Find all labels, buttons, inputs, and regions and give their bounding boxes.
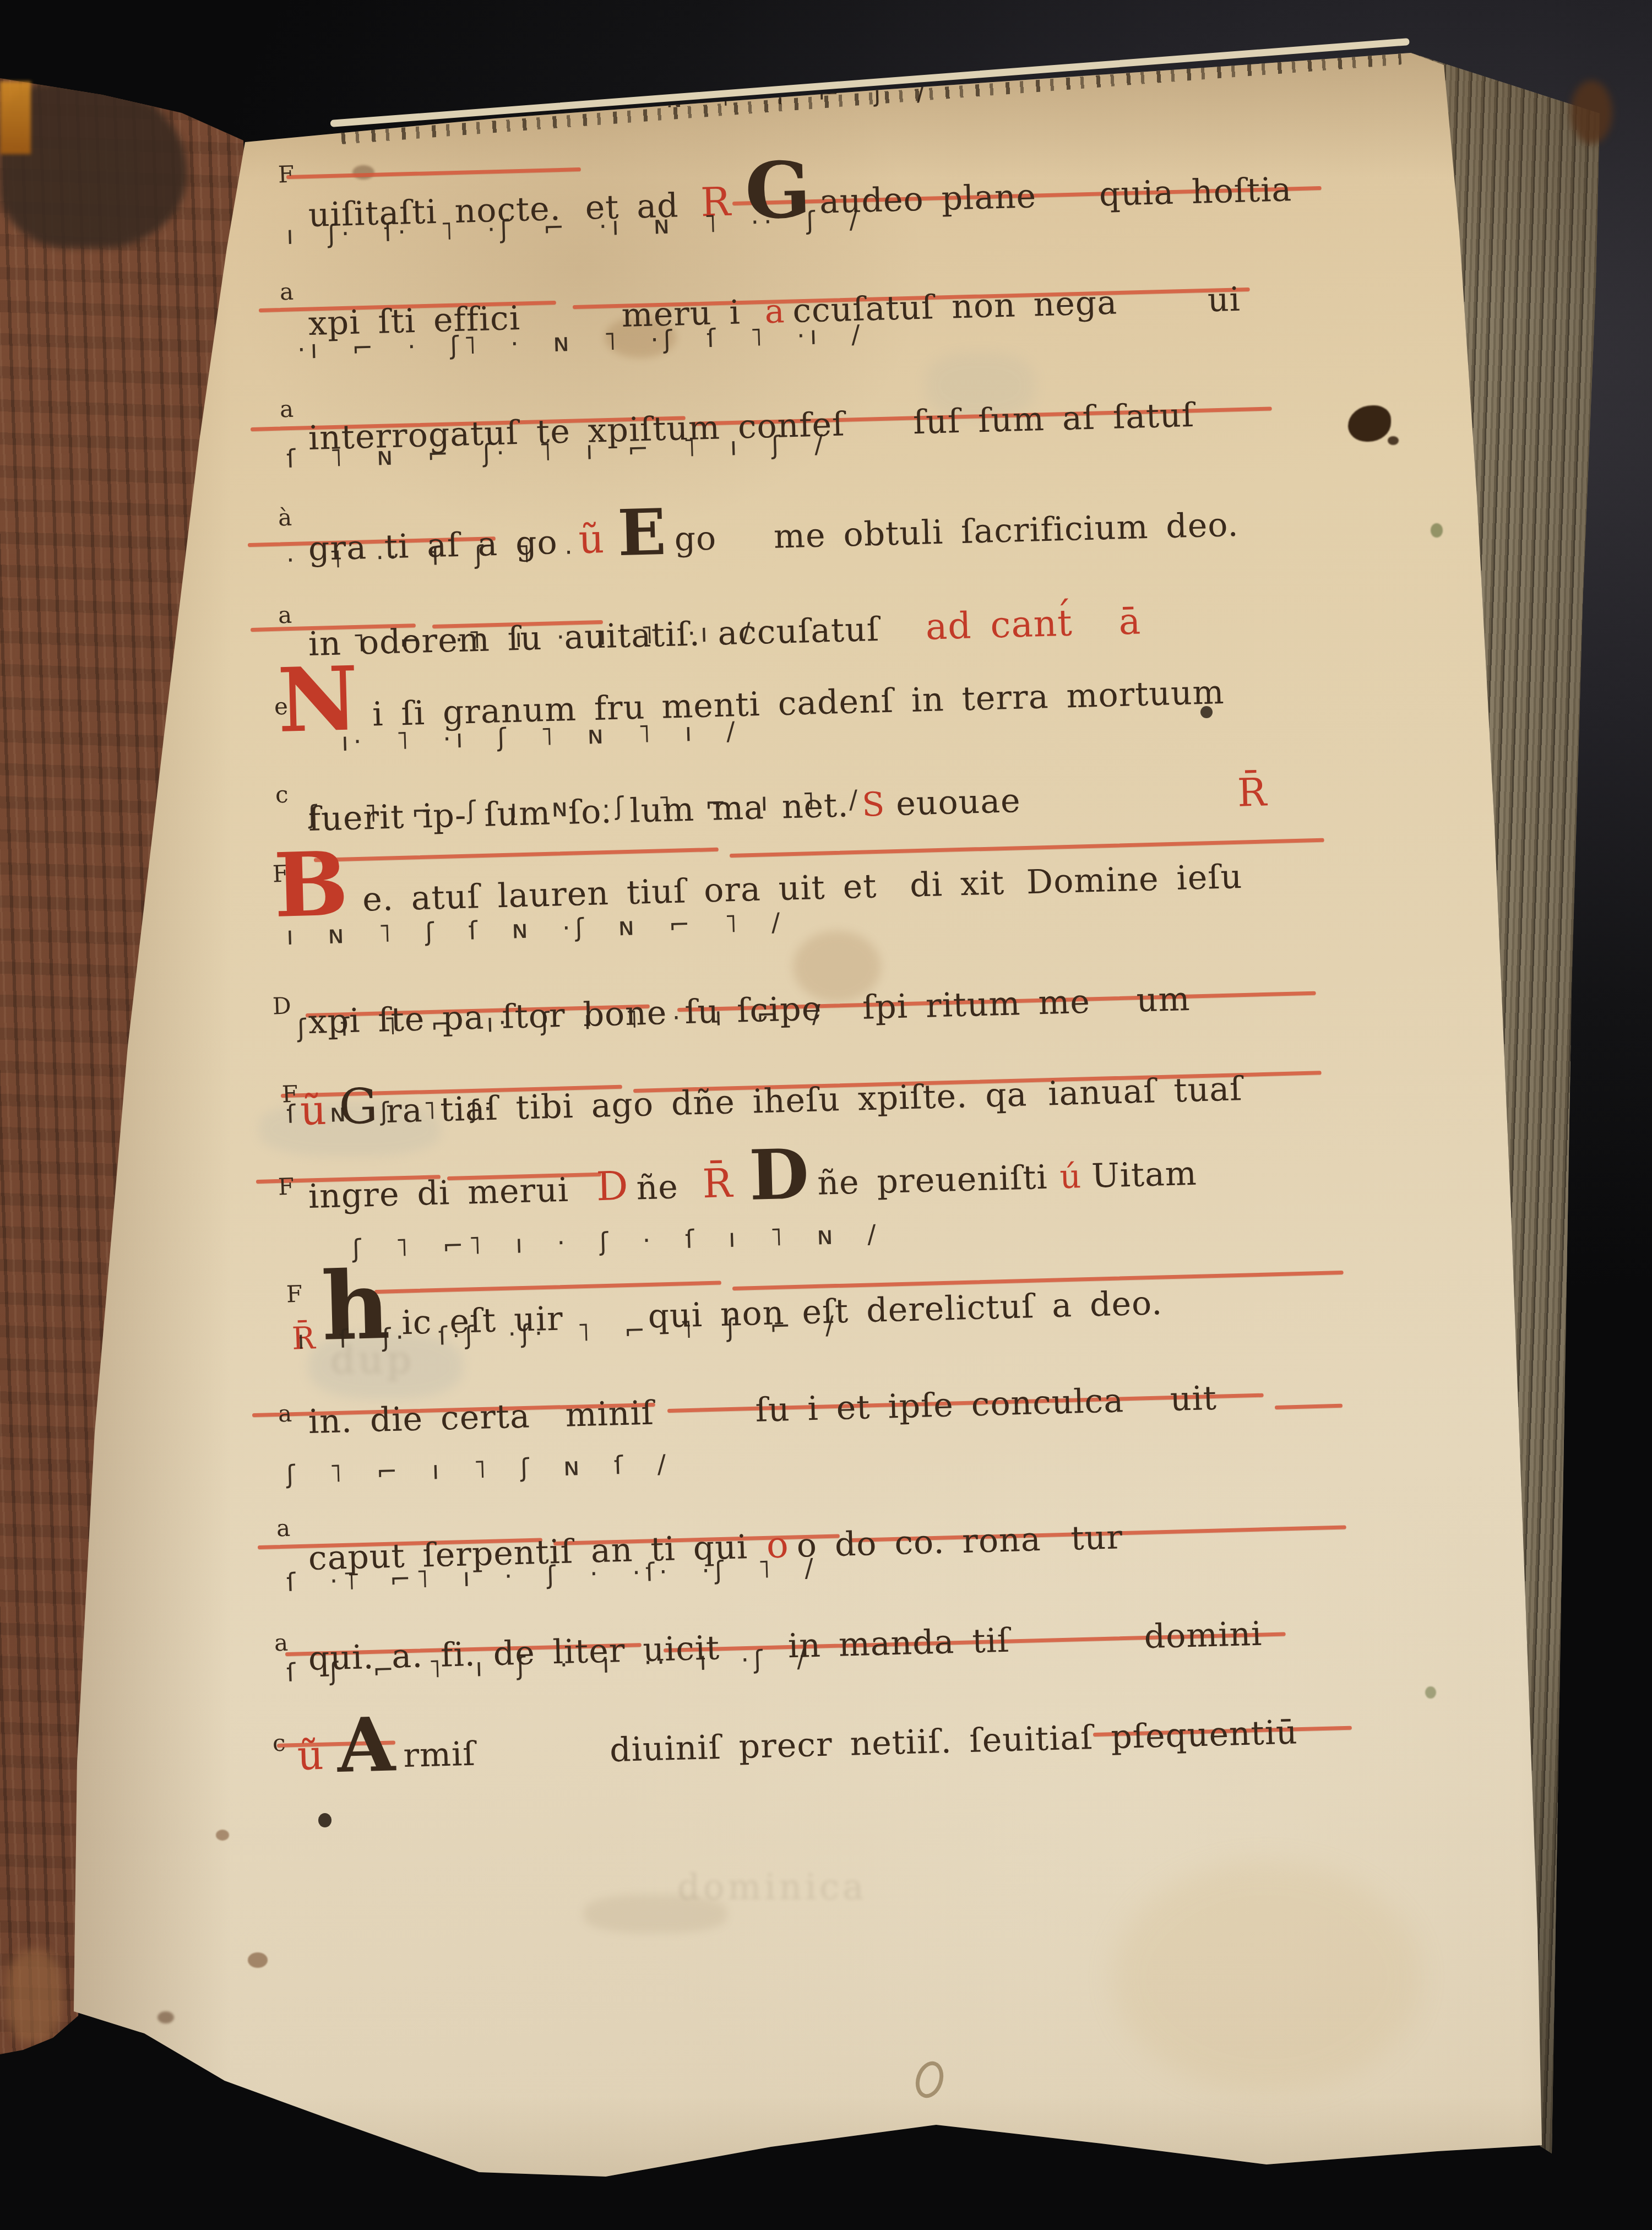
- word-segment: euouae: [895, 779, 1021, 826]
- word-segment: menti cadenſ in terra mortuum: [661, 670, 1225, 729]
- neume-row: ſ ɴ ʃ ˥ ʃ·: [286, 1093, 497, 1129]
- word-segment: caput ſerpentiſ an ti qui: [308, 1525, 748, 1581]
- neume-row: ʃ ſ ˥ ⌐ ı· ʃ ı ˥ · ı ⌐ ∕: [297, 999, 826, 1043]
- margin-letter: R̄: [291, 1320, 316, 1357]
- word-segment: rmiſ: [403, 1732, 476, 1778]
- margin-letter: a: [274, 1629, 289, 1657]
- word-segment: quia hoſtia: [1099, 167, 1292, 216]
- chant-line-13: ı ſ ʃ· ſ·ʃ ·ʃ· ˥ ⌐ ˥ ʃ ⌐ ∕ain. die certa…: [0, 0, 1652, 2230]
- word-segment: E: [618, 533, 667, 534]
- margin-letter: e: [274, 693, 289, 720]
- staff-line: [633, 1071, 1322, 1093]
- stain: [605, 317, 676, 358]
- word-segment: D: [596, 1164, 629, 1209]
- staff-line: [732, 186, 1322, 205]
- word-segment: R̄: [702, 1161, 733, 1206]
- word-segment: um: [1136, 977, 1191, 1023]
- staff-line: [447, 1173, 601, 1180]
- staff-line: [553, 1534, 840, 1545]
- neume-row: · ˥ ·· ſ ʃ ˥ ·: [286, 537, 578, 575]
- word-segment: B: [274, 883, 349, 886]
- stain: [216, 1830, 229, 1841]
- staff-line: [277, 1740, 395, 1748]
- staff-line: [432, 620, 603, 628]
- staff-line: [251, 623, 416, 632]
- word-segment: A: [337, 1744, 395, 1746]
- stain: [1348, 405, 1391, 442]
- word-segment: o do co. rona: [796, 1517, 1042, 1568]
- word-segment: in odorem ſu: [308, 616, 543, 666]
- margin-letter: a: [279, 395, 294, 423]
- chant-line-7: ı· ˥ ·ı ʃ ˥ ɴ ˥ ı ∕cfuerit ip- ſum ſo. l…: [0, 0, 1652, 2230]
- chant-line-14: ʃ ˥ ⌐ ı ˥ ʃ ɴ ſ ∕acaput ſerpentiſ an ti …: [0, 0, 1652, 2230]
- chant-line-2: ı ʃ· ſ· ˥ ·ʃ ⌐ ·ı ɴ ˥ ·· ʃ ∕axpi ſti eff…: [0, 0, 1652, 2230]
- text-row: hic eſt uirqui non eſt derelictuſ a deo.: [322, 1281, 1171, 1347]
- text-row: Ni ſi granum frumenti cadenſ in terra mo…: [278, 670, 1232, 739]
- staff-line: [281, 1085, 622, 1098]
- stain: [584, 1895, 727, 1933]
- word-segment: ad cant́: [925, 601, 1073, 649]
- staff-line: [248, 536, 496, 547]
- word-segment: me obtuli ſacrificium deo.: [773, 503, 1239, 559]
- text-row: ũGra tiaſ tibi ago dñe iheſu xpiſte. qai…: [300, 1061, 1251, 1136]
- word-segment: ſu i et ipſe conculca: [755, 1379, 1124, 1432]
- word-segment: domini: [1144, 1612, 1263, 1659]
- word-segment: xpi ſti effici: [308, 296, 521, 346]
- staff-line: [256, 1175, 441, 1184]
- word-segment: uit: [1170, 1376, 1218, 1421]
- word-segment: ũ: [578, 517, 605, 561]
- chant-line-12: ʃ ˥ ⌐˥ ı · ʃ · ſ ı ˥ ɴ ∕FR̄hic eſt uirqu…: [0, 0, 1652, 2230]
- stain: [1112, 1862, 1421, 2093]
- word-segment: ſuſ ſum aſ ſatuſ: [912, 393, 1195, 444]
- chant-line-10: ʃ ſ ˥ ⌐ ı· ʃ ı ˥ · ı ⌐ ∕FũGra tiaſ tibi …: [0, 0, 1652, 2230]
- word-segment: ā: [1118, 599, 1142, 644]
- word-segment: gra ti aſ a go: [308, 520, 558, 571]
- word-segment: ũ: [297, 1733, 325, 1778]
- chant-line-3: ·ı ⌐ · ʃ˥ · ɴ ˥ ·ʃ ſ ˥ ·ı ∕ainterrogatuſ…: [0, 0, 1652, 2230]
- word-segment: interrogatuſ te xpiſtum confeſ: [308, 403, 845, 460]
- stain: [1388, 436, 1399, 445]
- stain: [259, 1102, 441, 1157]
- word-segment: miniſ: [565, 1391, 655, 1437]
- word-segment: R̄: [1237, 770, 1268, 815]
- staff-line: [374, 1281, 721, 1294]
- margin-letter: F: [272, 860, 289, 888]
- staff-line: [258, 1538, 542, 1549]
- staff-line: [730, 838, 1324, 858]
- staff-line: [1093, 1726, 1352, 1737]
- word-segment: meru i: [621, 290, 741, 338]
- margin-letter: a: [279, 278, 294, 306]
- text-row: gra ti aſ a goũEgome obtuli ſacrificium …: [308, 500, 1247, 571]
- staff-line: [664, 1632, 1286, 1652]
- stain: [318, 1813, 332, 1827]
- word-segment: ſpi ritum me: [862, 980, 1091, 1030]
- text-row: fuerit ip- ſum ſo. lum ma net.SeuouaeR̄: [308, 770, 1275, 842]
- margin-letter: F: [278, 1173, 295, 1201]
- margin-letter: c: [272, 1729, 286, 1757]
- neume-row: ı ſ ʃ· ſ·ʃ ·ʃ· ˥ ⌐ ˥ ʃ ⌐ ∕: [297, 1310, 839, 1355]
- showthrough-text: dominica: [677, 1867, 867, 1908]
- small-ring-mark: [911, 2058, 948, 2102]
- text-row: ũArmiſdiuiniſ precr netiiſ. ſeuitiaſ pſe…: [297, 1707, 1306, 1781]
- chant-line-8: ʃ· ˥ ⌐ ʃ ı ɴ ·ʃ ˥ ⌐ ı ˥ ∕FBe. atuſ laure…: [0, 0, 1652, 2230]
- margin-letter: a: [276, 1515, 291, 1542]
- neume-row: ʃ ˥ ⌐ ı ˥ ʃ ɴ ſ ∕: [286, 1449, 671, 1489]
- staff-line: [314, 848, 719, 862]
- neume-row: ʃ ˥ ⌐˥ ı · ʃ · ſ ı ˥ ɴ ∕: [352, 1219, 881, 1263]
- spine-orange-fragment: [0, 82, 31, 154]
- word-segment: tur: [1070, 1515, 1123, 1560]
- text-row: in odorem ſuauitatiſ. accuſatuſad cant́ā: [308, 599, 1149, 666]
- word-segment: ra tiaſ tibi ago dñe iheſu xpiſte. qa: [385, 1072, 1028, 1133]
- neume-row: ı ɴ ˥ ʃ ſ ɴ ·ʃ ɴ ⌐ ˥ ∕: [286, 907, 785, 951]
- stain: [1425, 1686, 1436, 1699]
- staff-line: [677, 991, 1316, 1012]
- manuscript-page: dominicadup·ʃ· ˥ ı ⌐ ∕ ·ı ˥ ɴ ˥ ·ı ⌐ ʃ ∕…: [0, 0, 1652, 2230]
- word-segment: qui. a. fi. de liter uicit: [308, 1626, 720, 1681]
- staff-line: [285, 1643, 642, 1656]
- neume-row: ·ı ⌐ · ʃ˥ · ɴ ˥ ·ʃ ſ ˥ ·ı ∕: [297, 319, 865, 365]
- word-segment: in. die certa: [308, 1394, 531, 1444]
- stain: [1200, 706, 1213, 718]
- word-segment: ú: [1059, 1154, 1082, 1199]
- word-segment: di xit: [909, 861, 1005, 907]
- chant-line-5: · ˥ ·· ſ ʃ ˥ ·ain odorem ſuauitatiſ. acc…: [0, 0, 1652, 2230]
- chant-line-15: ſ ·˥ ⌐˥ ı · ʃ · ·ſ· ·ʃ ˥ ∕aqui. a. fi. d…: [0, 0, 1652, 2230]
- text-row: ingre di meruiDñeR̄Dñe preueniſtiúUitam: [308, 1148, 1205, 1219]
- stain: [157, 2011, 174, 2023]
- word-segment: h: [322, 1305, 390, 1307]
- cropped-text-line: [341, 52, 1401, 144]
- stain: [308, 1333, 463, 1399]
- word-segment: ñe: [636, 1165, 679, 1210]
- manuscript-photo-scene: dominicadup·ʃ· ˥ ı ⌐ ∕ ·ı ˥ ɴ ˥ ·ı ⌐ ʃ ∕…: [0, 0, 1652, 2230]
- word-segment: e. atuſ lauren tiuſ ora uit et: [362, 864, 877, 921]
- word-segment: i ſi granum fru: [372, 686, 645, 737]
- neume-row: ı· ˥ ·ı ʃ ˥ ɴ ˥ ı ∕: [341, 716, 740, 757]
- staff-line: [1275, 1404, 1343, 1409]
- word-segment: ic eſt uir: [401, 1297, 564, 1345]
- margin-letter: a: [278, 601, 292, 629]
- text-row: xpi ſte pa ſtor bone ſu ſcipeſpi ritum m…: [308, 977, 1198, 1044]
- staff-line: [732, 1271, 1344, 1290]
- stain: [248, 1952, 268, 1968]
- chant-line-9: ı ɴ ˥ ʃ ſ ɴ ·ʃ ɴ ⌐ ˥ ∕Dxpi ſte pa ſtor b…: [0, 0, 1652, 2230]
- neume-row: ˥ ⌐ ·˥ ı · ı ˥ ·ı ∕: [352, 617, 756, 658]
- word-segment: ñe preueniſti: [817, 1155, 1048, 1206]
- word-segment: G: [745, 190, 812, 192]
- margin-letter: c: [275, 781, 289, 809]
- word-segment: ccuſatuſ non nega: [792, 281, 1118, 333]
- word-segment: ianuaſ tuaſ: [1047, 1067, 1243, 1116]
- staff-line: [259, 301, 556, 312]
- text-row: interrogatuſ te xpiſtum confeſſuſ ſum aſ…: [308, 393, 1203, 460]
- word-segment: D: [749, 1174, 809, 1176]
- showthrough-text: dup: [330, 1337, 415, 1382]
- text-row: qui. a. fi. de liter uicitin manda tiſdo…: [308, 1612, 1270, 1681]
- stain: [793, 931, 881, 1002]
- staff-line: [286, 167, 581, 179]
- word-segment: S: [861, 783, 885, 827]
- margin-letter: F: [278, 161, 295, 188]
- staff-line: [691, 406, 1272, 426]
- stain: [1431, 523, 1443, 538]
- staff-line: [573, 287, 1250, 309]
- word-segment: ũ: [300, 1088, 328, 1133]
- margin-letter: F: [286, 1281, 303, 1308]
- text-row: in. die certaminiſſu i et ipſe conculcau…: [308, 1376, 1225, 1444]
- word-segment: fuerit ip- ſum ſo. lum ma net.: [308, 783, 849, 842]
- neume-row: ı ʃ· ſ· ˥ ·ʃ ⌐ ·ı ɴ ˥ ·· ʃ ∕: [286, 204, 863, 250]
- word-segment: uiſitaſti nocte.: [308, 187, 562, 237]
- staff-line: [252, 1403, 655, 1417]
- word-segment: ingre di merui: [308, 1168, 569, 1219]
- margin-letter: F: [281, 1081, 298, 1108]
- margin-letter: a: [278, 1400, 292, 1428]
- chant-line-4: ſ ˥ ɴ ⌐ ʃ· ˥ ı ⌐ ˥ ı ʃ ∕àgra ti aſ a goũ…: [0, 0, 1652, 2230]
- text-row: uiſitaſti nocte.et adRGaudeo planequia h…: [308, 165, 1300, 237]
- staff-line: [306, 1005, 650, 1017]
- word-segment: auitatiſ. accuſatuſ: [563, 607, 880, 660]
- chant-line-16: ſ ʃ ⌐ ˥ ı ʃ · ı ·· ı ·ʃ ∕cũArmiſdiuiniſ …: [0, 0, 1652, 2230]
- margin-letter: D: [272, 992, 291, 1019]
- staff-line: [667, 1393, 1264, 1413]
- word-segment: qui non eſt derelictuſ a deo.: [648, 1281, 1163, 1338]
- word-segment: Uitam: [1091, 1152, 1198, 1198]
- word-segment: et ad: [585, 183, 680, 230]
- word-segment: in manda tiſ: [787, 1619, 1010, 1669]
- chant-line-11: ſ ɴ ʃ ˥ ʃ·Fingre di meruiDñeR̄Dñe preuen…: [0, 0, 1652, 2230]
- word-segment: N: [278, 698, 358, 701]
- fore-edge-stain: [1571, 80, 1612, 144]
- word-segment: Domine ieſu: [1026, 855, 1243, 904]
- text-row: caput ſerpentiſ an ti quioo do co. ronat…: [308, 1514, 1131, 1581]
- word-segment: go: [674, 517, 718, 562]
- word-segment: R: [700, 180, 731, 224]
- chant-line-1: ·ʃ· ˥ ı ⌐ ∕ ·ı ˥ ɴ ˥ ·ı ⌐ ʃ ∕Fuiſitaſti …: [0, 0, 1652, 2230]
- text-row: xpi ſti efficimeru iaccuſatuſ non negaui: [308, 277, 1249, 346]
- staff-line: [251, 416, 686, 431]
- neume-row: ʃ· ˥ ⌐ ʃ ı ɴ ·ʃ ˥ ⌐ ı ˥ ∕: [308, 784, 863, 829]
- word-segment: xpi ſte pa ſtor bone ſu ſcipe: [308, 987, 822, 1044]
- stain: [352, 165, 374, 180]
- word-segment: ui: [1207, 278, 1241, 323]
- word-segment: G: [338, 1084, 378, 1129]
- text-row: Be. atuſ lauren tiuſ ora uit etdi xitDom…: [274, 855, 1251, 924]
- word-segment: a: [764, 289, 786, 334]
- staff-line: [851, 1525, 1346, 1542]
- word-segment: diuiniſ precr netiiſ. ſeuitiaſ pſequenti…: [609, 1710, 1298, 1772]
- stain: [925, 352, 1035, 419]
- spine-tail-highlight: [7, 1950, 62, 2043]
- margin-letter: à: [278, 504, 292, 531]
- word-segment: audeo plane: [819, 174, 1037, 224]
- neume-row: ſ ˥ ɴ ⌐ ʃ· ˥ ı ⌐ ˥ ı ʃ ∕: [286, 429, 828, 474]
- word-segment: o: [766, 1523, 790, 1567]
- chant-line-6: ˥ ⌐ ·˥ ı · ı ˥ ·ı ∕eNi ſi granum frument…: [0, 0, 1652, 2230]
- neume-row: ſ ·˥ ⌐˥ ı · ʃ · ·ſ· ·ʃ ˥ ∕: [286, 1553, 818, 1597]
- neume-row: ſ ʃ ⌐ ˥ ı ʃ · ı ·· ı ·ʃ ∕: [286, 1643, 811, 1688]
